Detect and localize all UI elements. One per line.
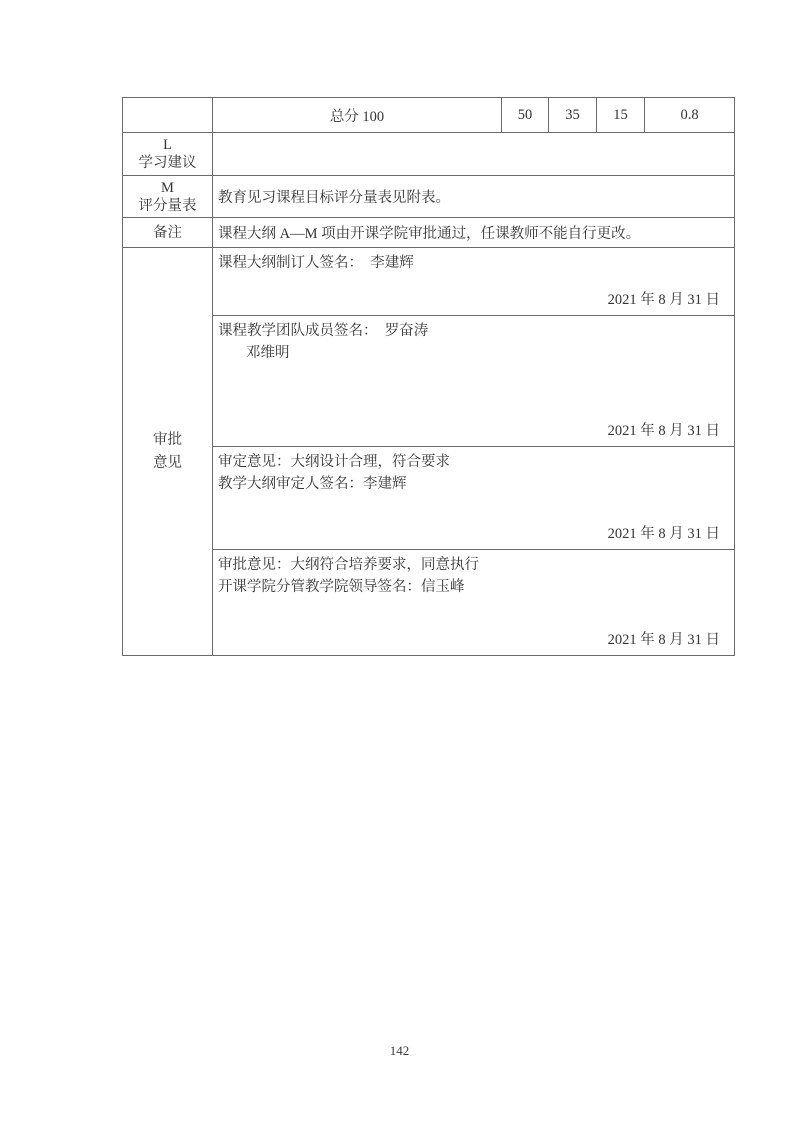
learning-advice-header-letter: L — [163, 136, 172, 154]
approval-header-line1: 审批 — [153, 429, 182, 452]
document-page: 总分 100 50 35 15 0.8 L 学习建议 M 评分量表 教育见习课程… — [0, 0, 799, 1131]
team-signature-line2: 邓维明 — [246, 342, 720, 364]
review-lines: 审定意见：大纲设计合理，符合要求 教学大纲审定人签名：李建辉 — [218, 451, 720, 495]
drafter-signature-line: 课程大纲制订人签名： 李建辉 — [218, 252, 720, 274]
final-signature-line: 开课学院分管教学院领导签名：信玉峰 — [218, 576, 720, 598]
learning-advice-row: L 学习建议 — [123, 133, 734, 176]
final-date: 2021 年 8 月 31 日 — [608, 630, 720, 650]
drafter-date: 2021 年 8 月 31 日 — [608, 290, 720, 310]
remarks-header: 备注 — [123, 218, 213, 247]
score-value-1: 50 — [502, 98, 549, 132]
score-value-2: 35 — [549, 98, 597, 132]
page-number: 142 — [0, 1043, 799, 1059]
team-signature-line1: 课程教学团队成员签名： 罗奋涛 — [218, 320, 720, 342]
team-signature-lines: 课程教学团队成员签名： 罗奋涛 邓维明 — [218, 320, 720, 364]
approval-header-line2: 意见 — [153, 452, 182, 475]
rubric-header-letter: M — [161, 179, 174, 197]
learning-advice-header: L 学习建议 — [123, 133, 213, 175]
score-value-4: 0.8 — [645, 98, 734, 132]
review-signature-line: 教学大纲审定人签名：李建辉 — [218, 473, 720, 495]
total-score-row: 总分 100 50 35 15 0.8 — [123, 98, 734, 133]
final-lines: 审批意见：大纲符合培养要求，同意执行 开课学院分管教学院领导签名：信玉峰 — [218, 554, 720, 598]
rubric-content: 教育见习课程目标评分量表见附表。 — [213, 176, 734, 217]
remarks-content: 课程大纲 A—M 项由开课学院审批通过，任课教师不能自行更改。 — [213, 218, 734, 247]
learning-advice-content — [213, 133, 734, 175]
total-score-row-header-empty — [123, 98, 213, 132]
approval-section-team: 课程教学团队成员签名： 罗奋涛 邓维明 2021 年 8 月 31 日 — [213, 316, 734, 447]
rubric-row: M 评分量表 教育见习课程目标评分量表见附表。 — [123, 176, 734, 218]
approval-section-final: 审批意见：大纲符合培养要求，同意执行 开课学院分管教学院领导签名：信玉峰 202… — [213, 550, 734, 655]
rubric-header: M 评分量表 — [123, 176, 213, 217]
team-date: 2021 年 8 月 31 日 — [608, 421, 720, 441]
approval-section-drafter: 课程大纲制订人签名： 李建辉 2021 年 8 月 31 日 — [213, 248, 734, 316]
approval-section-review: 审定意见：大纲设计合理，符合要求 教学大纲审定人签名：李建辉 2021 年 8 … — [213, 447, 734, 550]
approval-sections: 课程大纲制订人签名： 李建辉 2021 年 8 月 31 日 课程教学团队成员签… — [213, 248, 734, 655]
rubric-header-label: 评分量表 — [139, 197, 197, 215]
review-date: 2021 年 8 月 31 日 — [608, 524, 720, 544]
approval-row: 审批 意见 课程大纲制订人签名： 李建辉 2021 年 8 月 31 日 课程教… — [123, 248, 734, 655]
score-value-3: 15 — [597, 98, 645, 132]
learning-advice-header-label: 学习建议 — [139, 154, 197, 172]
syllabus-approval-table: 总分 100 50 35 15 0.8 L 学习建议 M 评分量表 教育见习课程… — [122, 97, 735, 656]
approval-header: 审批 意见 — [123, 248, 213, 655]
review-opinion-line: 审定意见：大纲设计合理，符合要求 — [218, 451, 720, 473]
remarks-row: 备注 课程大纲 A—M 项由开课学院审批通过，任课教师不能自行更改。 — [123, 218, 734, 248]
total-score-label: 总分 100 — [213, 98, 502, 132]
final-opinion-line: 审批意见：大纲符合培养要求，同意执行 — [218, 554, 720, 576]
